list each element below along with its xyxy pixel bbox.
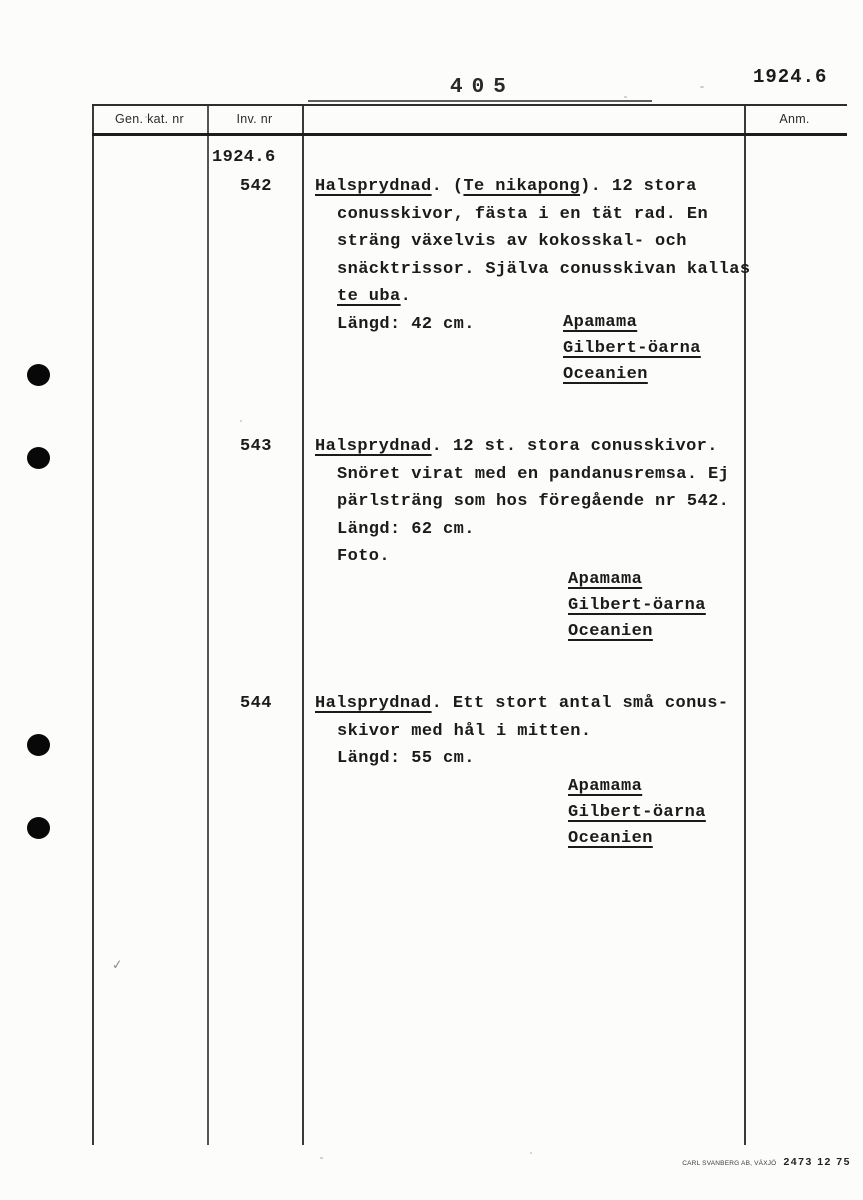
- printer-name: CARL SVANBERG AB, VÄXJÖ: [682, 1160, 776, 1167]
- entry-line: Halsprydnad. (Te nikapong). 12 stora: [315, 177, 697, 197]
- column-divider-inv-main: [302, 104, 304, 1145]
- entry-line: conusskivor, fästa i en tät rad. En: [337, 205, 708, 225]
- entry-line: skivor med hål i mitten.: [337, 722, 591, 742]
- printer-form-code: 2473 12 75: [783, 1156, 851, 1168]
- hole-punch-4: [27, 817, 50, 839]
- entry-text: .: [401, 287, 412, 306]
- scan-speckle: [700, 86, 704, 88]
- location-line: Oceanien: [563, 365, 648, 385]
- inv-nr: 542: [240, 177, 272, 197]
- page-number-underline: [308, 100, 652, 102]
- column-header-gen-kat-nr: Gen. kat. nr: [92, 112, 207, 126]
- hole-punch-2: [27, 447, 50, 469]
- location-name: Oceanien: [568, 829, 653, 848]
- entry-text: . 12 st. stora conusskivor.: [432, 437, 718, 456]
- pencil-checkmark: ✓: [111, 957, 123, 973]
- entry-text: ). 12 stora: [580, 177, 697, 196]
- column-divider-genkat-inv: [207, 104, 209, 1145]
- entry-text: pärlsträng som hos föregående nr 542.: [337, 492, 729, 511]
- group-year: 1924.6: [212, 148, 276, 168]
- entry-line: Längd: 62 cm.: [337, 520, 475, 540]
- location-name: Oceanien: [563, 365, 648, 384]
- column-header-anm: Anm.: [744, 112, 845, 126]
- location-name: Gilbert-öarna: [563, 339, 701, 358]
- location-name: Gilbert-öarna: [568, 803, 706, 822]
- location-line: Oceanien: [568, 622, 653, 642]
- entry-text: . (: [432, 177, 464, 196]
- entry-text: . Ett stort antal små conus-: [432, 694, 729, 713]
- location-line: Apamama: [563, 313, 637, 333]
- entry-text: sträng växelvis av kokosskal- och: [337, 232, 687, 251]
- header-bottom-border: [92, 133, 847, 136]
- entry-text: Längd: 42 cm.: [337, 315, 475, 334]
- location-line: Oceanien: [568, 829, 653, 849]
- location-line: Gilbert-öarna: [568, 596, 706, 616]
- hole-punch-3: [27, 734, 50, 756]
- inv-nr: 543: [240, 437, 272, 457]
- location-name: Gilbert-öarna: [568, 596, 706, 615]
- entry-line: pärlsträng som hos föregående nr 542.: [337, 492, 729, 512]
- entry-line: Snöret virat med en pandanusremsa. Ej: [337, 465, 729, 485]
- entry-line: Längd: 55 cm.: [337, 749, 475, 769]
- entry-line: snäcktrissor. Själva conusskivan kallas: [337, 260, 750, 280]
- table-top-border: [92, 104, 847, 106]
- entry-line: te uba.: [337, 287, 411, 307]
- column-header-inv-nr: Inv. nr: [207, 112, 302, 126]
- entry-line: Längd: 42 cm.: [337, 315, 475, 335]
- entry-line: Foto.: [337, 547, 390, 567]
- underlined-term: Halsprydnad: [315, 437, 432, 456]
- location-name: Apamama: [568, 777, 642, 796]
- inv-nr: 544: [240, 694, 272, 714]
- underlined-term: Halsprydnad: [315, 177, 432, 196]
- underlined-term: Te nikapong: [463, 177, 580, 196]
- location-line: Apamama: [568, 570, 642, 590]
- entry-line: Halsprydnad. 12 st. stora conusskivor.: [315, 437, 718, 457]
- entry-text: Längd: 55 cm.: [337, 749, 475, 768]
- entry-text: conusskivor, fästa i en tät rad. En: [337, 205, 708, 224]
- location-name: Apamama: [563, 313, 637, 332]
- table-left-border: [92, 104, 94, 1145]
- hole-punch-1: [27, 364, 50, 386]
- scan-speckle: [624, 96, 627, 98]
- location-line: Gilbert-öarna: [568, 803, 706, 823]
- entry-text: Längd: 62 cm.: [337, 520, 475, 539]
- scan-speckle: [530, 1152, 532, 1154]
- underlined-term: Halsprydnad: [315, 694, 432, 713]
- entry-text: skivor med hål i mitten.: [337, 722, 591, 741]
- location-line: Gilbert-öarna: [563, 339, 701, 359]
- entry-line: sträng växelvis av kokosskal- och: [337, 232, 687, 252]
- entry-line: Halsprydnad. Ett stort antal små conus-: [315, 694, 728, 714]
- location-line: Apamama: [568, 777, 642, 797]
- entry-text: Snöret virat med en pandanusremsa. Ej: [337, 465, 729, 484]
- page-number: 405: [450, 78, 515, 98]
- printer-footer: CARL SVANBERG AB, VÄXJÖ 2473 12 75: [682, 1156, 851, 1168]
- year-reference-header: 1924.6: [753, 67, 827, 87]
- underlined-term: te uba: [337, 287, 401, 306]
- location-name: Oceanien: [568, 622, 653, 641]
- entry-text: Foto.: [337, 547, 390, 566]
- location-name: Apamama: [568, 570, 642, 589]
- scan-speckle: [320, 1157, 323, 1159]
- entry-text: snäcktrissor. Själva conusskivan kallas: [337, 260, 750, 279]
- scan-speckle: [240, 420, 242, 422]
- catalog-page: { "page": { "page_number": "405", "year_…: [0, 0, 863, 1200]
